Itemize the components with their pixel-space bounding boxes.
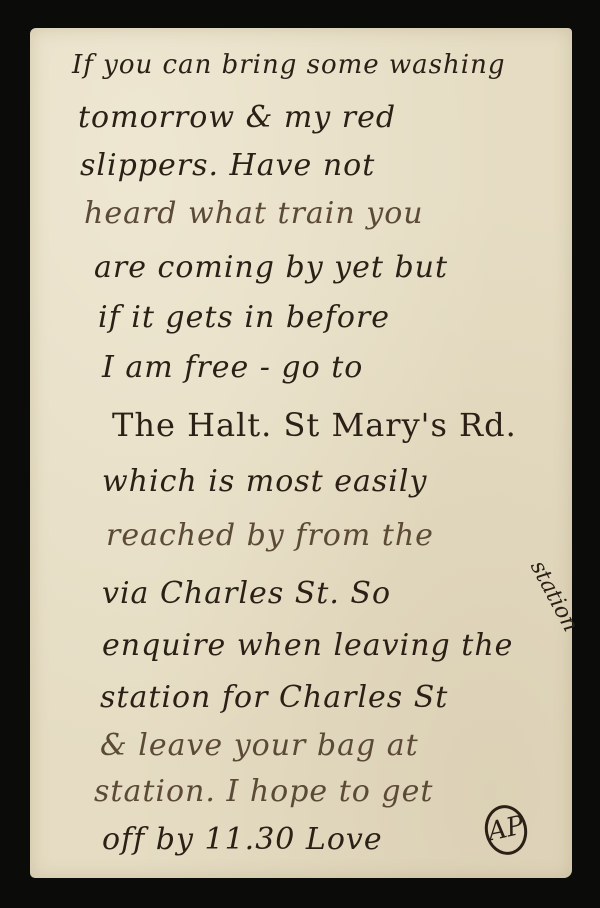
text-line-4: heard what train you [84, 196, 424, 231]
signature-monogram-icon: AP [480, 801, 531, 859]
text-line-16: off by 11.30 Love [102, 822, 383, 857]
text-line-8: The Halt. St Mary's Rd. [112, 406, 517, 444]
text-line-10: reached by from the [106, 518, 434, 553]
text-line-1: If you can bring some washing [72, 50, 505, 80]
text-line-6: if it gets in before [98, 300, 390, 335]
text-line-13: station for Charles St [100, 680, 448, 715]
text-line-15: station. I hope to get [94, 774, 433, 809]
text-line-2: tomorrow & my red [78, 100, 396, 135]
text-line-12: enquire when leaving the [102, 628, 513, 663]
text-line-5: are coming by yet but [94, 250, 448, 285]
margin-word-station: station [525, 557, 583, 636]
text-line-7: I am free - go to [102, 350, 363, 385]
postcard: If you can bring some washing tomorrow &… [30, 28, 572, 878]
text-line-14: & leave your bag at [100, 728, 419, 763]
text-line-11: via Charles St. So [102, 576, 391, 611]
text-line-3: slippers. Have not [80, 148, 375, 183]
text-line-9: which is most easily [102, 464, 427, 499]
